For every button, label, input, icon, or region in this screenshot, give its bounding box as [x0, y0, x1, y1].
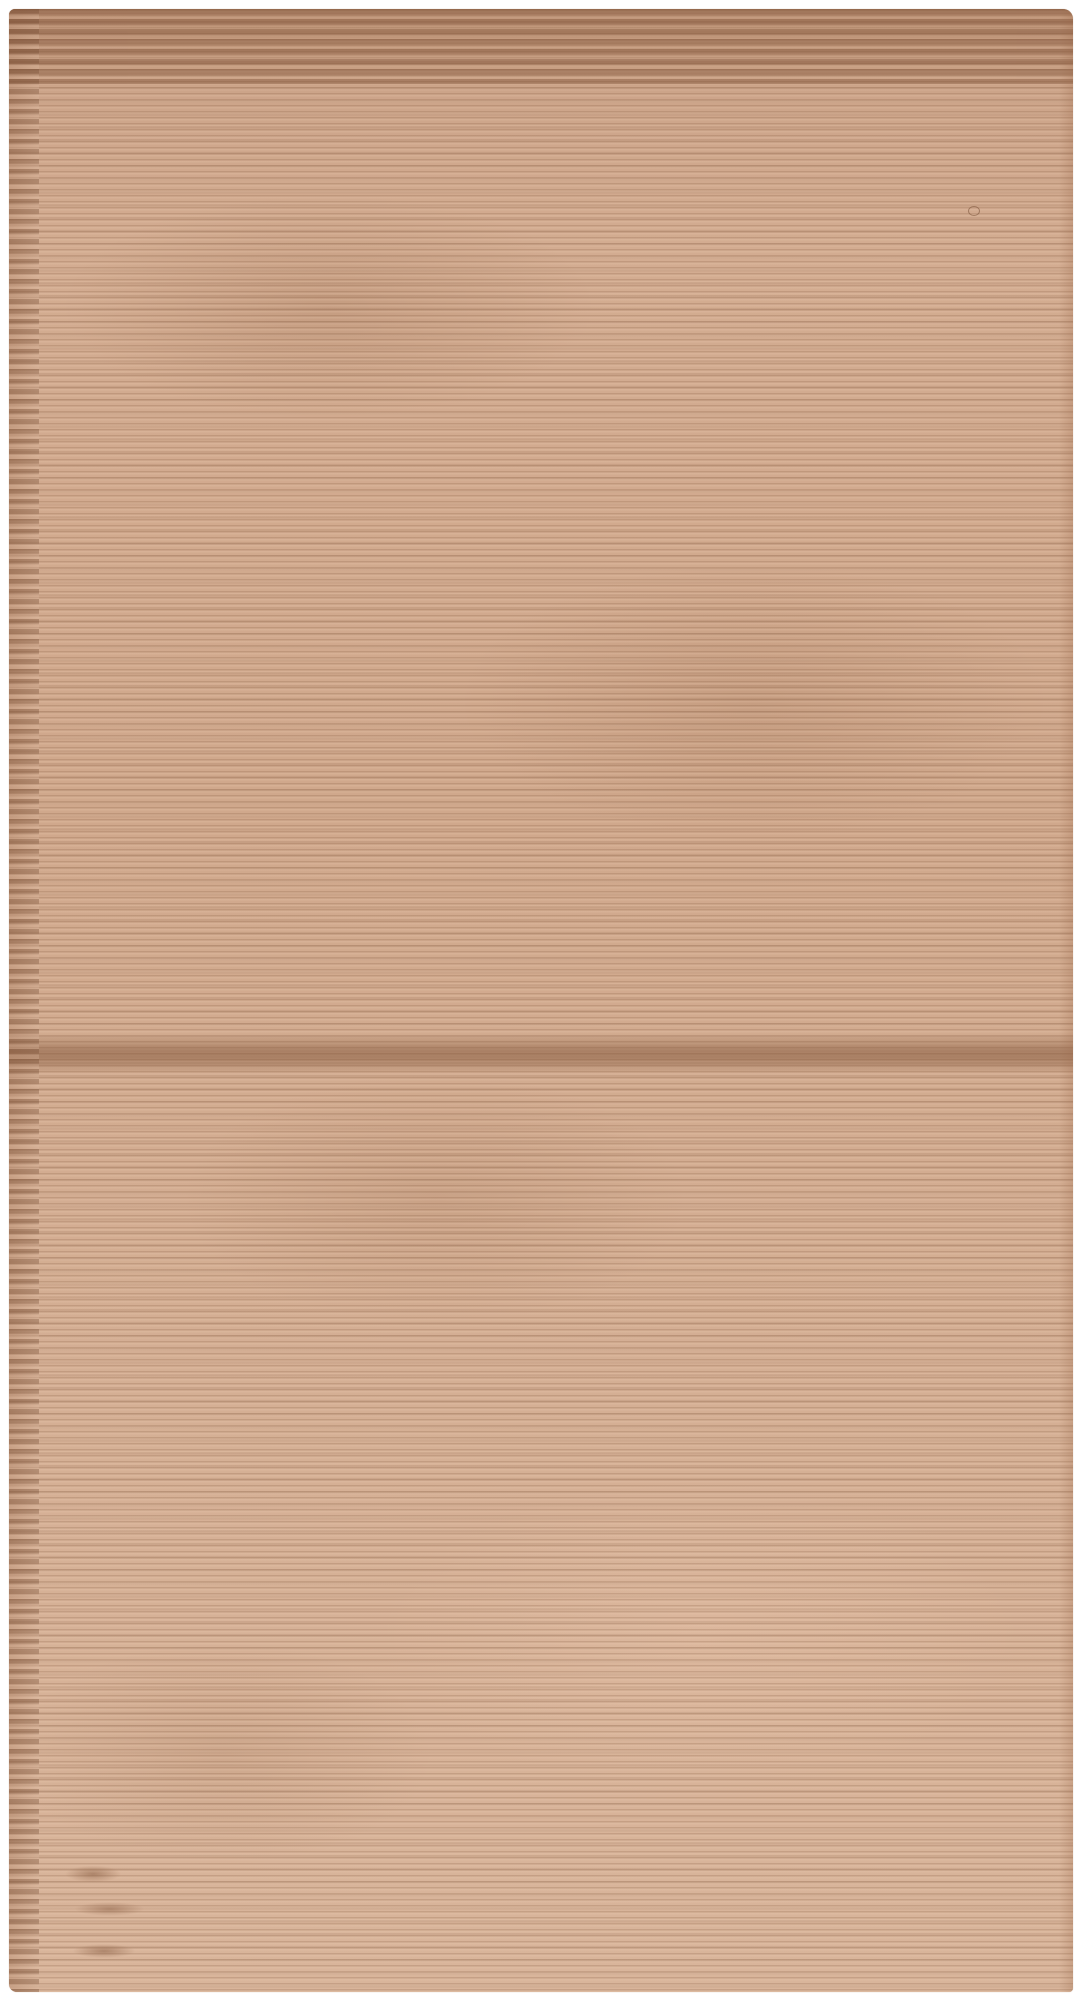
rug-middle-band: [9, 1034, 1073, 1074]
rug-pile-texture: [9, 9, 1073, 1992]
rug-image: [9, 9, 1073, 1992]
product-photo: [0, 0, 1085, 2000]
rug-small-loop-spot: [968, 206, 980, 216]
rug-bottom-left-patches: [49, 1832, 159, 1972]
rug-top-border-band: [9, 9, 1073, 84]
rug-left-edge: [9, 9, 39, 1992]
rug-right-edge: [1059, 9, 1073, 1992]
